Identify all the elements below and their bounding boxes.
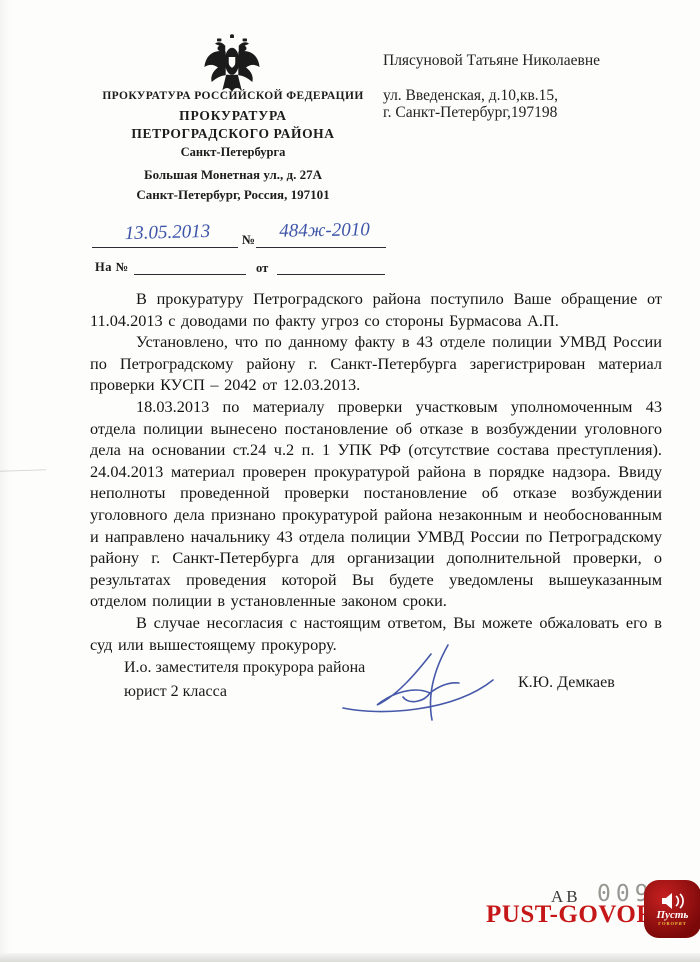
- reply-ref-ot-line: [277, 274, 385, 275]
- reply-ref-ot-label: от: [256, 261, 268, 276]
- logo-title: Пусть: [657, 910, 689, 921]
- letter-body: В прокуратуру Петроградского района пост…: [90, 288, 662, 655]
- letterhead: ПРОКУРАТУРА РОССИЙСКОЙ ФЕДЕРАЦИИ ПРОКУРА…: [58, 90, 408, 203]
- signer-title-line1: И.о. заместителя прокурора района: [124, 656, 365, 680]
- letterhead-federation: ПРОКУРАТУРА РОССИЙСКОЙ ФЕДЕРАЦИИ: [58, 90, 408, 102]
- letterhead-address-1: Большая Монетная ул., д. 27А: [58, 167, 408, 183]
- recipient-address-2: г. Санкт-Петербург,197198: [383, 104, 673, 121]
- scanned-letter-page: ПРОКУРАТУРА РОССИЙСКОЙ ФЕДЕРАЦИИ ПРОКУРА…: [0, 0, 700, 962]
- recipient-name: Плясуновой Татьяне Николаевне: [383, 52, 673, 70]
- letterhead-address-2: Санкт-Петербург, Россия, 197101: [58, 187, 408, 203]
- letter-paragraph-1: В прокуратуру Петроградского района пост…: [90, 288, 662, 331]
- reply-ref-na-line: [134, 274, 246, 275]
- letterhead-org-line1: ПРОКУРАТУРА: [58, 108, 408, 124]
- signer-title-line2: юрист 2 класса: [124, 680, 365, 704]
- recipient-block: Плясуновой Татьяне Николаевне ул. Введен…: [383, 52, 673, 121]
- reply-ref-na-label: На №: [95, 260, 129, 275]
- ref-date-underline: [92, 247, 238, 248]
- letter-paragraph-3: 18.03.2013 по материалу проверки участко…: [90, 396, 662, 612]
- pust-govoryat-logo: Пусть ГОВОРЯТ: [644, 880, 700, 938]
- letterhead-org-line2: ПЕТРОГРАДСКОГО РАЙОНА: [58, 126, 408, 142]
- signer-name: К.Ю. Демкаев: [518, 674, 615, 692]
- ref-number-underline: [256, 247, 386, 248]
- logo-subtitle: ГОВОРЯТ: [658, 921, 687, 927]
- letter-paragraph-2: Установлено, что по данному факту в 43 о…: [90, 331, 662, 396]
- signer-title: И.о. заместителя прокурора района юрист …: [124, 656, 365, 704]
- signature-ink-icon: [335, 642, 510, 722]
- recipient-address-1: ул. Введенская, д.10,кв.15,: [383, 87, 673, 104]
- scan-edge-shade: [0, 0, 10, 962]
- letterhead-org-city: Санкт-Петербурга: [58, 145, 408, 160]
- ref-date-handwritten: 13.05.2013: [100, 220, 236, 246]
- ref-number-sign: №: [242, 232, 255, 248]
- ref-number-handwritten: 484ж-2010: [262, 219, 387, 243]
- megaphone-icon: [660, 892, 686, 910]
